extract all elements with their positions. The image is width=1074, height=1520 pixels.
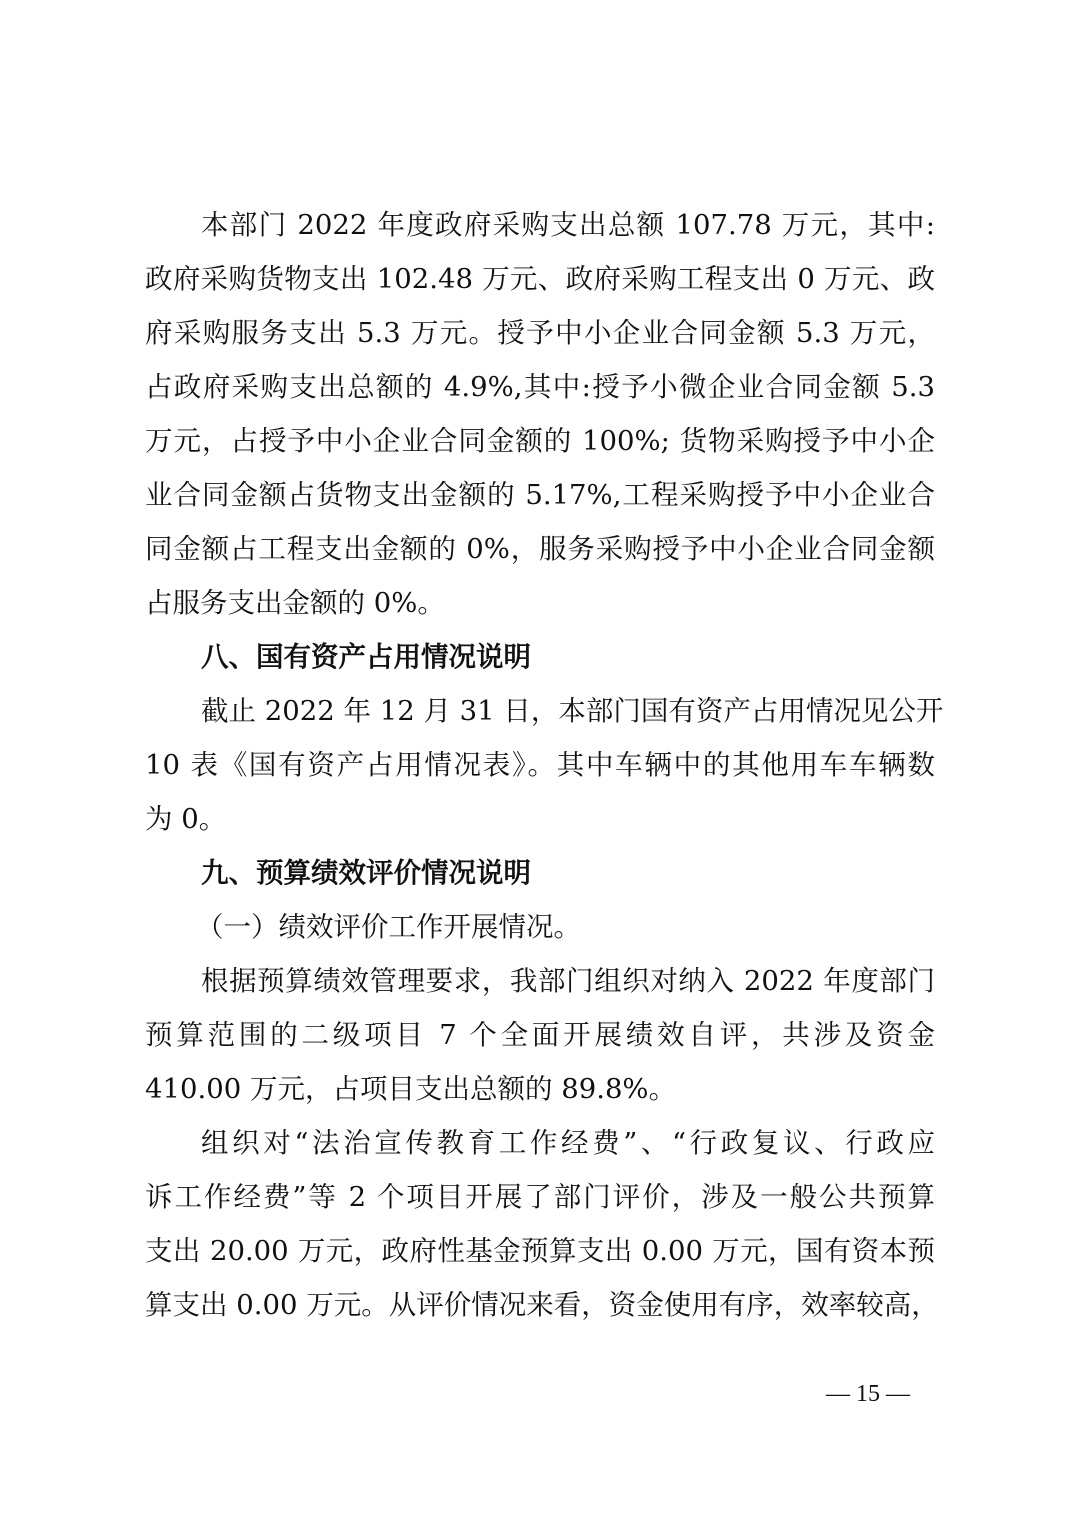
text-line: 占服务支出金额的 0%。 [145,583,935,623]
text-line: 根据预算绩效管理要求，我部门组织对纳入 2022 年度部门 [201,961,935,1001]
subsection-heading: （一）绩效评价工作开展情况。 [196,907,581,947]
section-heading-assets: 八、国有资产占用情况说明 [201,637,531,677]
text-line: 业合同金额占货物支出金额的 5.17%,工程采购授予中小企业合 [145,475,935,515]
text-line: 预算范围的二级项目 7 个全面开展绩效自评，共涉及资金 [145,1015,935,1055]
text-line: 组织对“法治宣传教育工作经费”、“行政复议、行政应 [201,1123,935,1163]
page-number: — 15 — [826,1377,910,1411]
text-line: 410.00 万元，占项目支出总额的 89.8%。 [145,1069,935,1109]
text-line: 本部门 2022 年度政府采购支出总额 107.78 万元，其中: [201,205,935,245]
text-line: 算支出 0.00 万元。从评价情况来看，资金使用有序，效率较高， [145,1285,935,1325]
section-heading-performance: 九、预算绩效评价情况说明 [201,853,531,893]
text-line: 政府采购货物支出 102.48 万元、政府采购工程支出 0 万元、政 [145,259,935,299]
text-line: 10 表《国有资产占用情况表》。其中车辆中的其他用车车辆数 [145,745,935,785]
text-line: 截止 2022 年 12 月 31 日，本部门国有资产占用情况见公开 [201,691,935,731]
text-line: 占政府采购支出总额的 4.9%,其中:授予小微企业合同金额 5.3 [145,367,935,407]
text-line: 支出 20.00 万元，政府性基金预算支出 0.00 万元，国有资本预 [145,1231,935,1271]
text-line: 府采购服务支出 5.3 万元。授予中小企业合同金额 5.3 万元， [145,313,935,353]
text-line: 为 0。 [145,799,935,839]
text-line: 同金额占工程支出金额的 0%，服务采购授予中小企业合同金额 [145,529,935,569]
document-page: 本部门 2022 年度政府采购支出总额 107.78 万元，其中: 政府采购货物… [0,0,1074,1520]
text-line: 万元，占授予中小企业合同金额的 100%; 货物采购授予中小企 [145,421,935,461]
text-line: 诉工作经费”等 2 个项目开展了部门评价，涉及一般公共预算 [145,1177,935,1217]
